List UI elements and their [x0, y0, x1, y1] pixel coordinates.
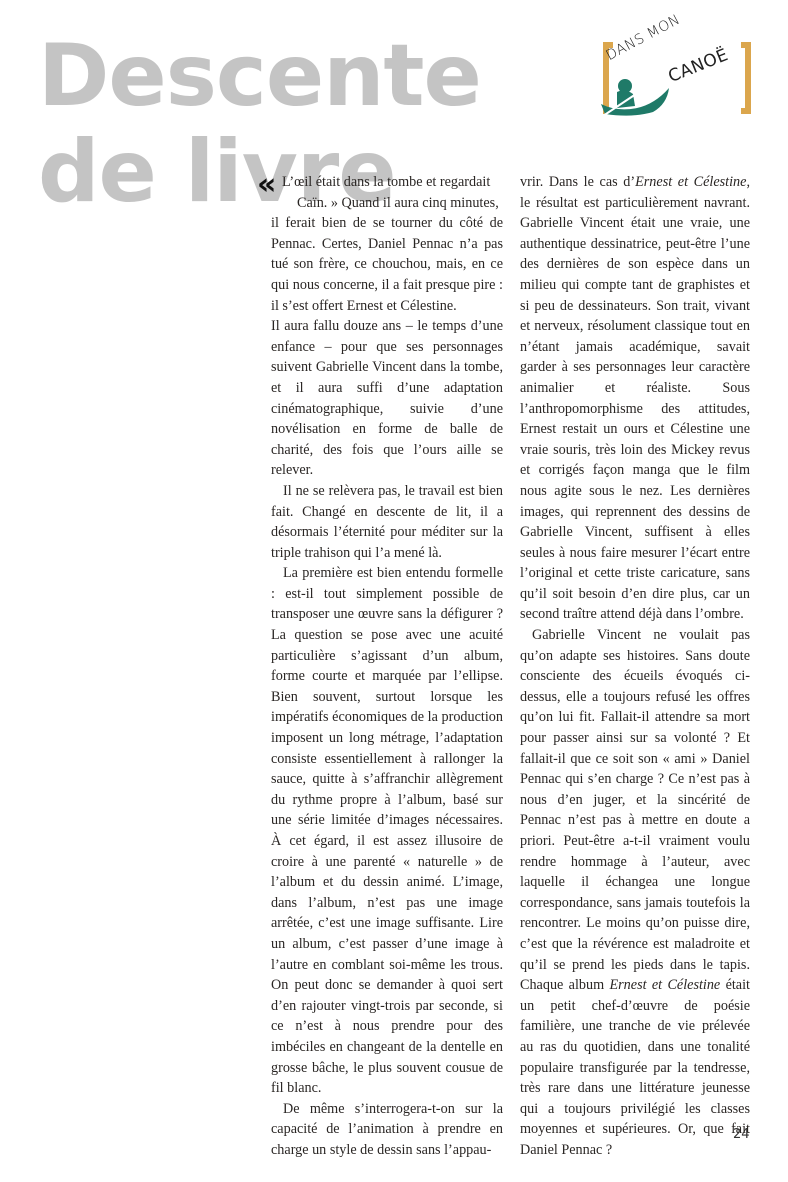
- open-quote-mark: «: [257, 170, 276, 200]
- paragraph-5: vrir. Dans le cas d’Ernest et Célestine,…: [520, 172, 750, 625]
- paragraph-0-line-1: L’œil était dans la tombe et regardait: [271, 172, 503, 193]
- right-bracket-icon: [741, 42, 751, 114]
- paragraph-2: Il ne se relèvera pas, le travail est bi…: [271, 481, 503, 563]
- book-title: Ernest et Célestine: [635, 174, 746, 190]
- paragraph-0-line-2: Caïn. » Quand il aura cinq minutes,: [271, 193, 503, 214]
- canoe-paddler-icon: [597, 74, 677, 116]
- section-logo: DANS MON CANOË: [595, 34, 755, 114]
- book-title: Ernest et Célestine: [609, 977, 720, 993]
- paragraph-0-rest: il ferait bien de se tourner du côté de …: [271, 213, 503, 316]
- paragraph-4: De même s’interrogera-t-on sur la capaci…: [271, 1099, 503, 1161]
- paragraph-3: La première est bien entendu formelle : …: [271, 563, 503, 1098]
- logo-text-line1: DANS MON: [603, 12, 682, 64]
- article-column-right: vrir. Dans le cas d’Ernest et Célestine,…: [520, 172, 750, 1161]
- paragraph-1: Il aura fallu douze ans – le temps d’une…: [271, 316, 503, 481]
- article-column-left: L’œil était dans la tombe et regardait C…: [271, 172, 503, 1161]
- title-line-1: Descente: [38, 28, 481, 124]
- paragraph-6: Gabrielle Vincent ne voulait pas qu’on a…: [520, 625, 750, 1160]
